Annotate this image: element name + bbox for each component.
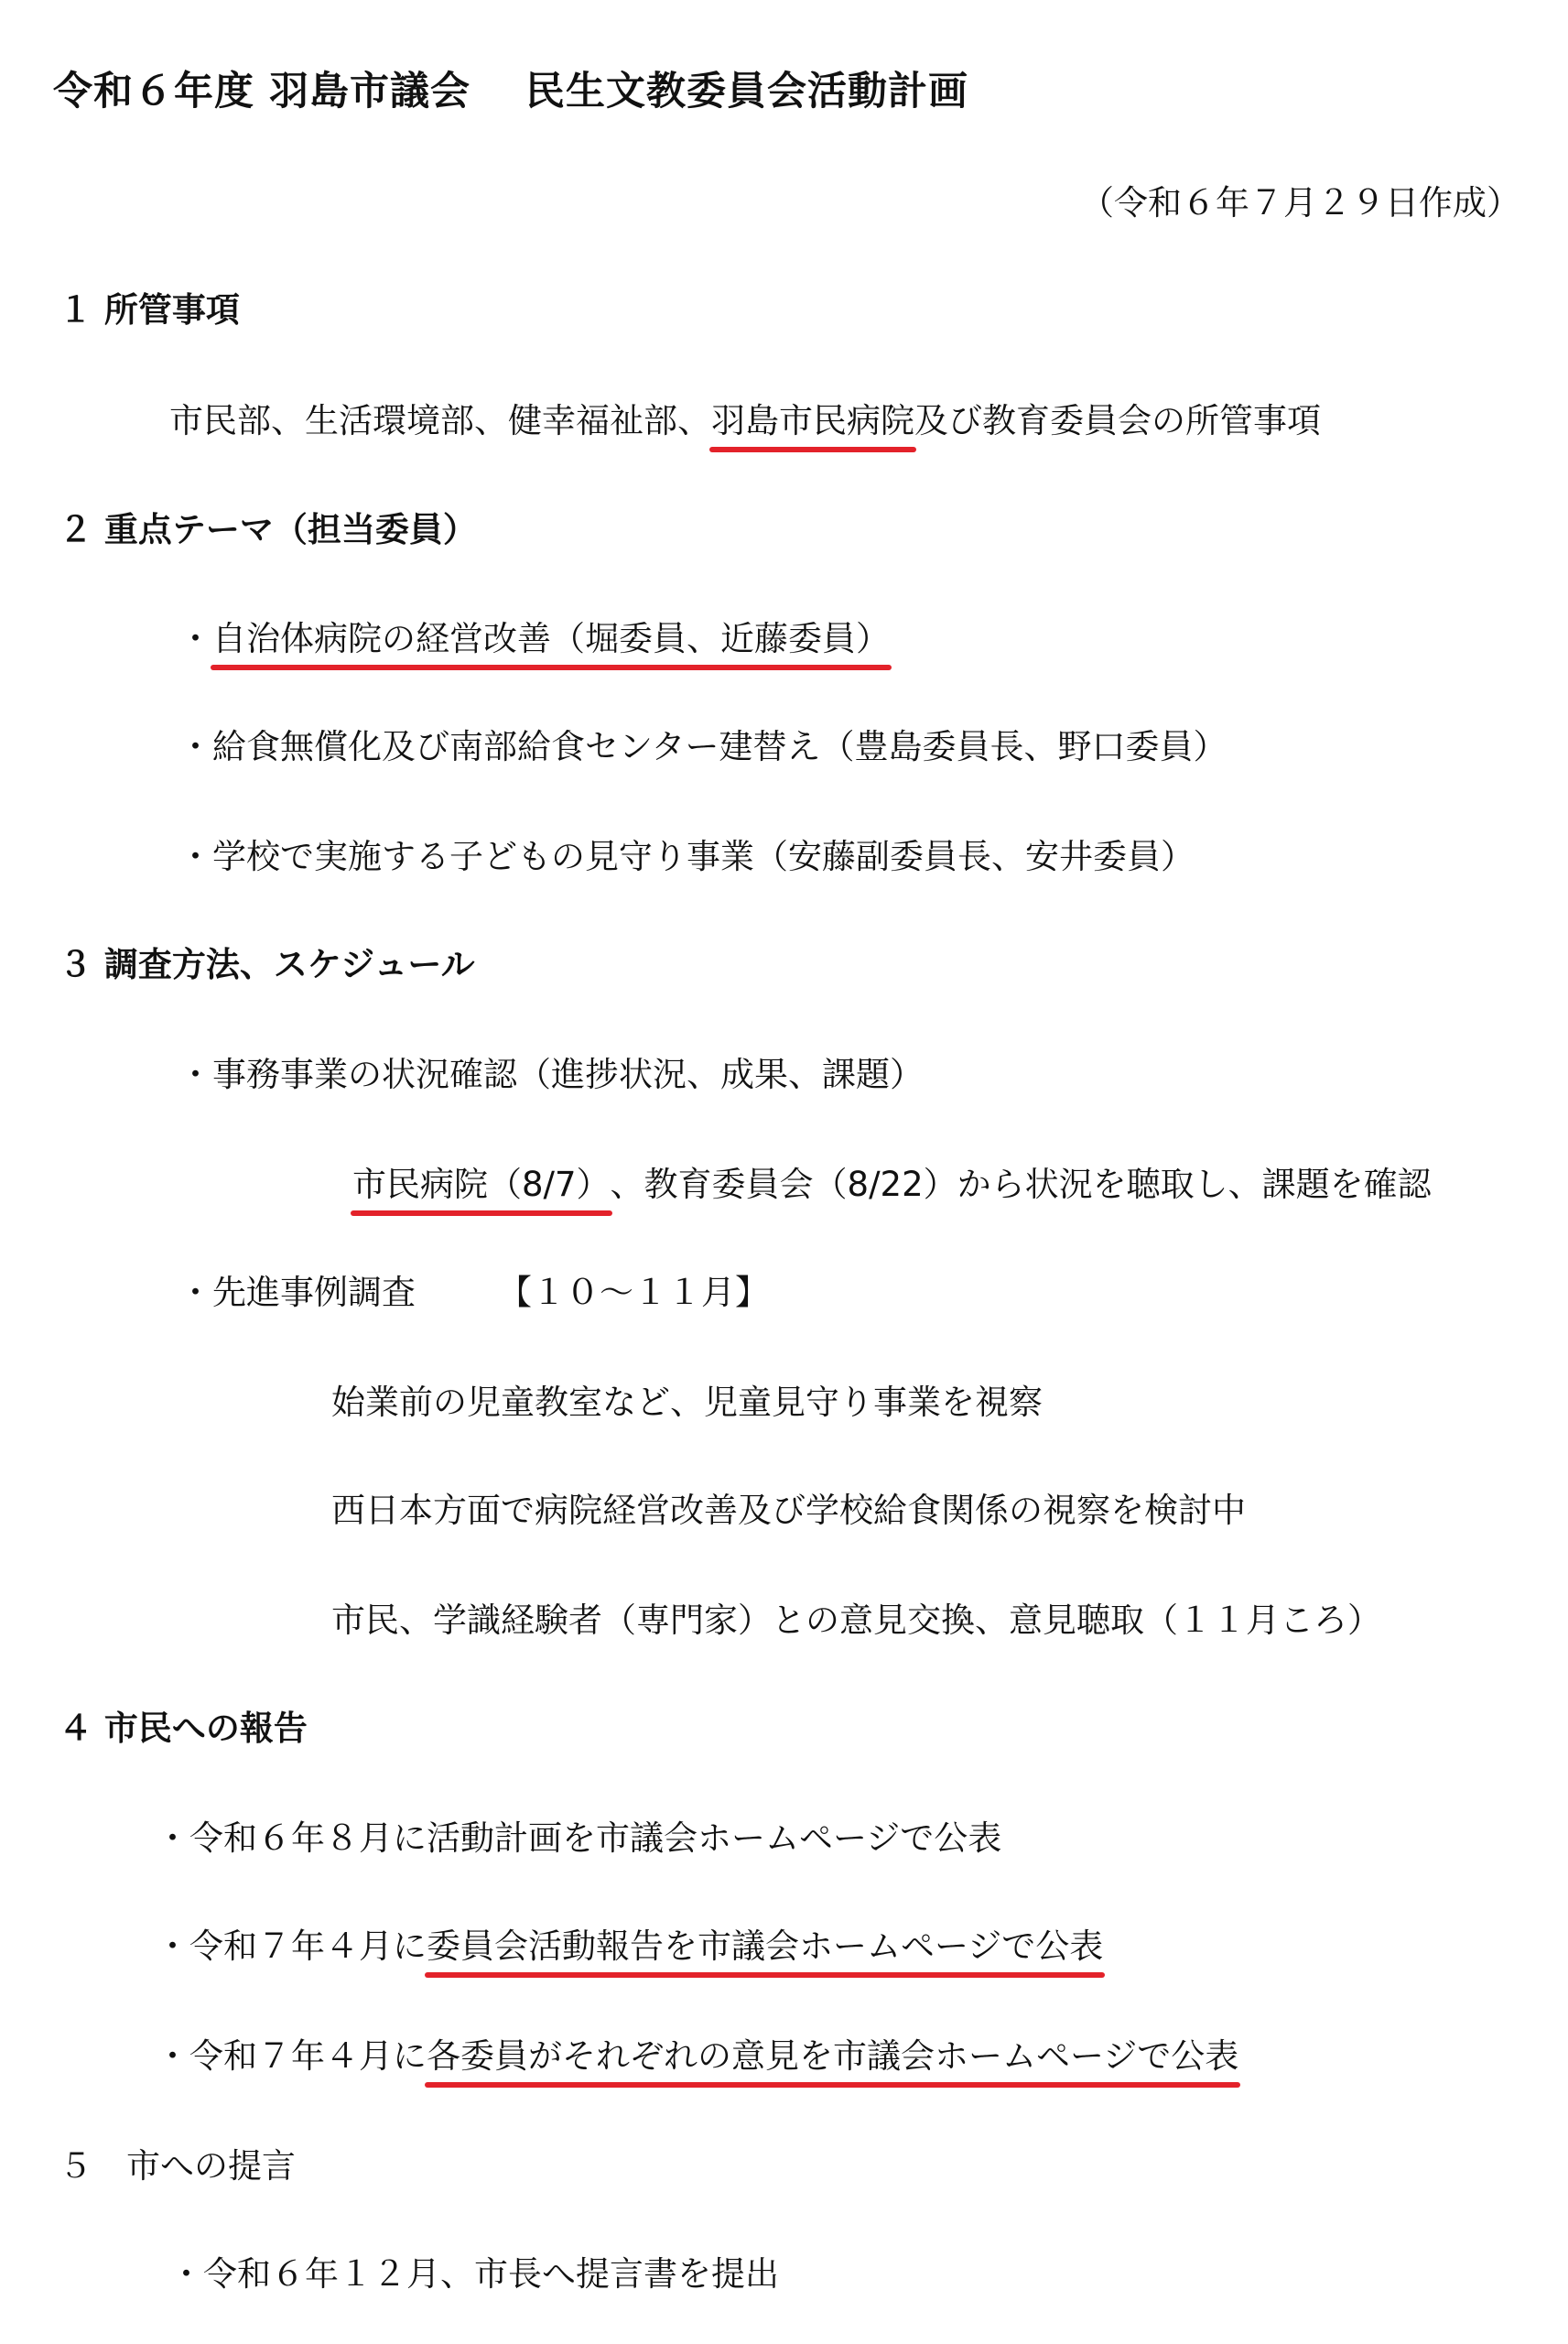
item-text: 令和６年１２月、市長へ提言書を提出 xyxy=(203,2254,779,2294)
underlined-text: 委員会活動報告を市議会ホームページで公表 xyxy=(427,1925,1103,1969)
section-heading-4: ４ 市民への報告 xyxy=(59,1707,308,1751)
item-text: 令和６年８月に活動計画を市議会ホームページで公表 xyxy=(189,1818,1001,1858)
proposal-item: ・令和６年１２月、市長へ提言書を提出 xyxy=(169,2252,779,2296)
bullet: ・ xyxy=(178,727,212,766)
theme-item: ・自治体病院の経営改善（堀委員、近藤委員） xyxy=(178,617,890,661)
document-page: 令和６年度 羽島市議会 民生文教委員会活動計画 （令和６年７月２９日作成） １ … xyxy=(0,0,1568,2344)
method-detail: 市民、学識経験者（専門家）との意見交換、意見聴取（１１月ころ） xyxy=(331,1599,1381,1643)
method-item: ・先進事例調査【１０～１１月】 xyxy=(178,1271,769,1315)
item-text: 事務事業の状況確認（進捗状況、成果、課題） xyxy=(212,1055,924,1094)
bullet: ・ xyxy=(156,1818,189,1858)
section-heading-2: ２ 重点テーマ（担当委員） xyxy=(59,508,477,552)
section-1-item: 市民部、生活環境部、健幸福祉部、羽島市民病院及び教育委員会の所管事項 xyxy=(169,399,1321,443)
bullet: ・ xyxy=(178,837,212,876)
underlined-text: 市民病院（8/7） xyxy=(352,1163,611,1207)
bullet: ・ xyxy=(178,1055,212,1094)
report-item: ・令和６年８月に活動計画を市議会ホームページで公表 xyxy=(156,1817,1001,1861)
bullet: ・ xyxy=(156,2036,189,2076)
underlined-text: 羽島市民病院 xyxy=(711,399,914,443)
item-text: 令和７年４月に xyxy=(189,2036,427,2076)
theme-item: ・給食無償化及び南部給食センター建替え（豊島委員長、野口委員） xyxy=(178,725,1227,769)
created-date: （令和６年７月２９日作成） xyxy=(1080,181,1520,225)
section-heading-3: ３ 調査方法、スケジュール xyxy=(59,943,475,987)
method-detail: 西日本方面で病院経営改善及び学校給食関係の視察を検討中 xyxy=(331,1489,1246,1533)
method-item: ・事務事業の状況確認（進捗状況、成果、課題） xyxy=(178,1053,924,1097)
bullet: ・ xyxy=(156,1926,189,1966)
method-detail: 市民病院（8/7）、教育委員会（8/22）から状況を聴取し、課題を確認 xyxy=(352,1163,1432,1207)
underlined-text: 各委員がそれぞれの意見を市議会ホームページで公表 xyxy=(427,2035,1238,2078)
period-label: 【１０～１１月】 xyxy=(498,1273,769,1312)
item-text: 学校で実施する子どもの見守り事業（安藤副委員長、安井委員） xyxy=(212,837,1195,876)
section-heading-1: １ 所管事項 xyxy=(59,288,240,332)
theme-item: ・学校で実施する子どもの見守り事業（安藤副委員長、安井委員） xyxy=(178,835,1195,879)
item-text: 及び教育委員会の所管事項 xyxy=(914,401,1321,440)
item-text: 先進事例調査 xyxy=(212,1273,416,1312)
section-heading-5: ５ 市への提言 xyxy=(59,2144,296,2188)
report-item: ・令和７年４月に委員会活動報告を市議会ホームページで公表 xyxy=(156,1925,1103,1969)
report-item: ・令和７年４月に各委員がそれぞれの意見を市議会ホームページで公表 xyxy=(156,2035,1238,2078)
item-text: 給食無償化及び南部給食センター建替え（豊島委員長、野口委員） xyxy=(212,727,1227,766)
bullet: ・ xyxy=(169,2254,203,2294)
method-detail: 始業前の児童教室など、児童見守り事業を視察 xyxy=(331,1381,1043,1425)
item-text: 、教育委員会（8/22）から状況を聴取し、課題を確認 xyxy=(611,1165,1432,1204)
item-text: 市民部、生活環境部、健幸福祉部、 xyxy=(169,401,711,440)
item-text: 令和７年４月に xyxy=(189,1926,427,1966)
bullet: ・ xyxy=(178,1273,212,1312)
underlined-text: 自治体病院の経営改善（堀委員、近藤委員） xyxy=(212,617,890,661)
bullet: ・ xyxy=(178,619,212,658)
document-title: 令和６年度 羽島市議会 民生文教委員会活動計画 xyxy=(53,70,968,114)
